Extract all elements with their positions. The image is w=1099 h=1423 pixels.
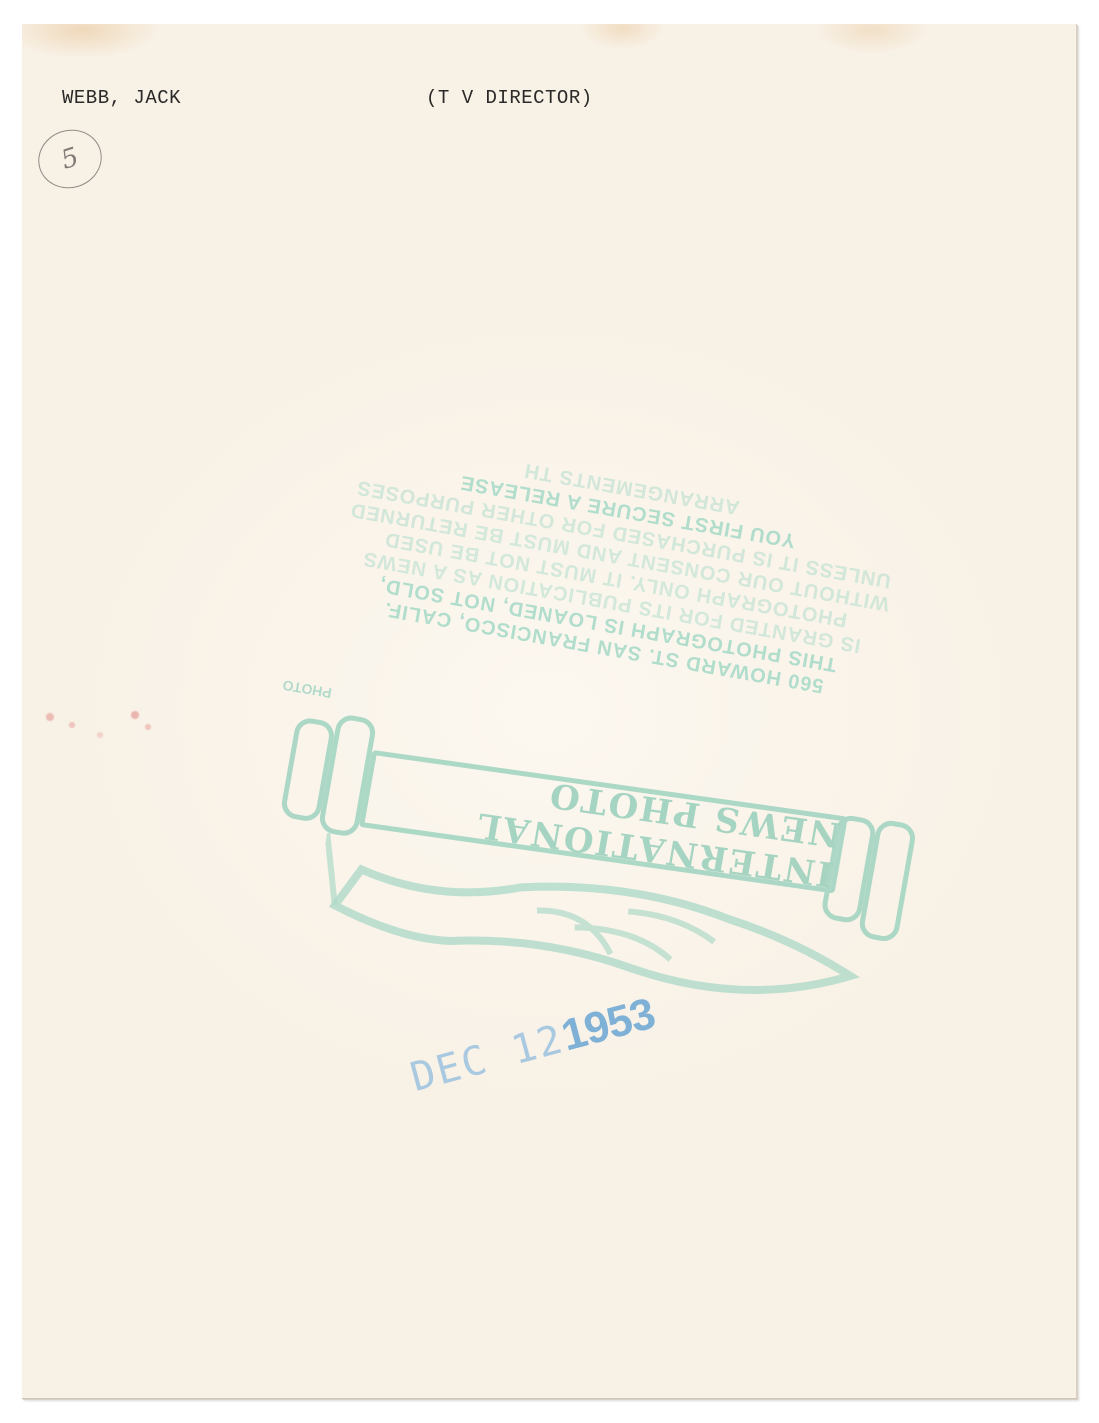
red-ink-smudge [30,705,170,745]
stamp-small-label: PHOTO [281,677,333,701]
subject-name: WEBB, JACK [62,87,181,109]
subject-caption: (T V DIRECTOR) [426,87,593,109]
handwritten-number: 5 [57,142,82,176]
